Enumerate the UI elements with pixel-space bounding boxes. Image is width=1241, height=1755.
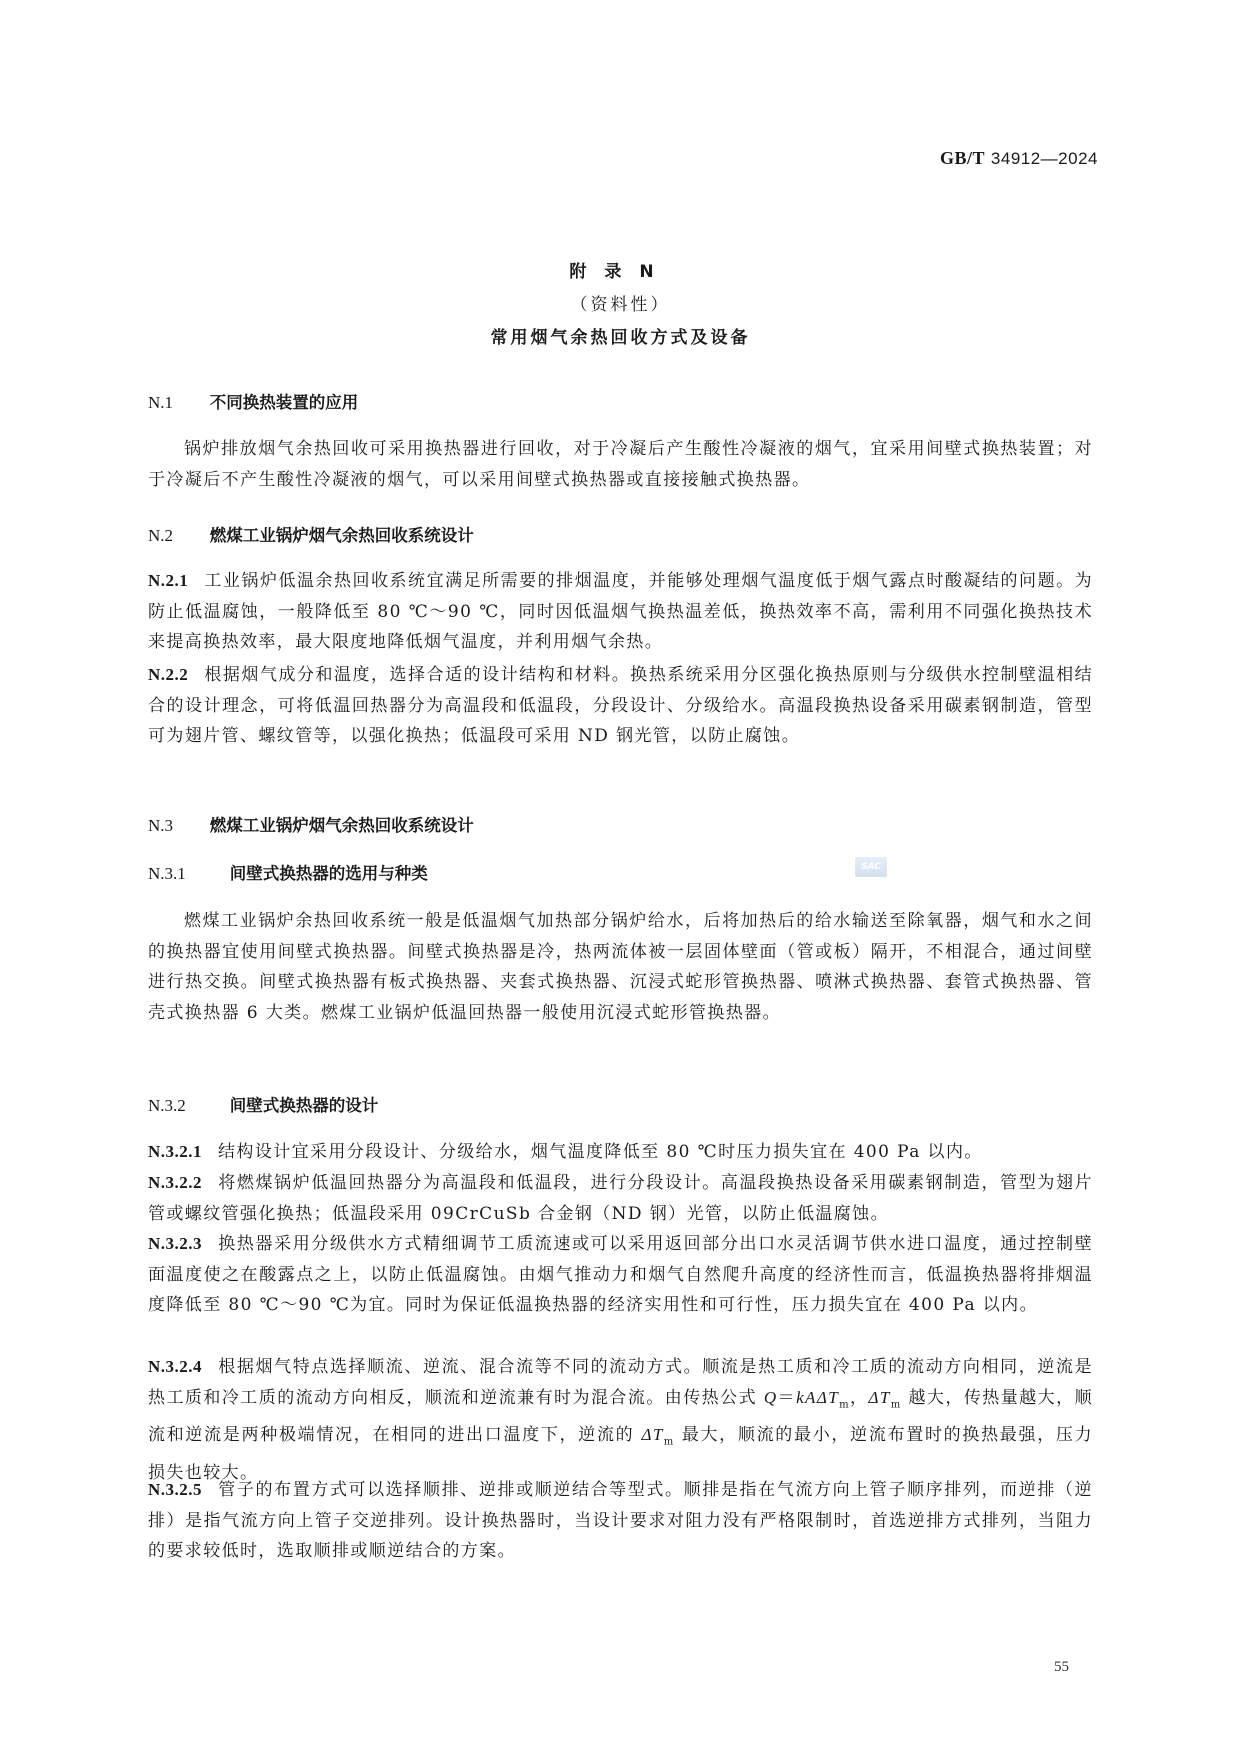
annex-title: 常用烟气余热回收方式及设备 — [0, 323, 1241, 348]
formula-subscript: m — [839, 1399, 850, 1410]
clause-n3-2-2: N.3.2.2将燃煤锅炉低温回热器分为高温段和低温段，进行分段设计。高温段换热设… — [148, 1168, 1093, 1229]
clause-number: N.3.2.5 — [148, 1480, 202, 1499]
section-number: N.3 — [148, 816, 204, 836]
clause-n3-2-4: N.3.2.4根据烟气特点选择顺流、逆流、混合流等不同的流动方式。顺流是热工质和… — [148, 1352, 1093, 1489]
clause-number: N.3.2.4 — [148, 1357, 202, 1376]
section-heading-n3: N.3 燃煤工业锅炉烟气余热回收系统设计 — [148, 812, 474, 836]
formula-rhs: kAΔT — [796, 1388, 839, 1407]
clause-n3-2-3: N.3.2.3换热器采用分级供水方式精细调节工质流速或可以采用返回部分出口水灵活… — [148, 1229, 1093, 1321]
section-title: 燃煤工业锅炉烟气余热回收系统设计 — [210, 526, 474, 545]
standard-number: 34912—2024 — [991, 149, 1098, 168]
clause-text: 根据烟气成分和温度，选择合适的设计结构和材料。换热系统采用分区强化换热原则与分级… — [148, 665, 1093, 746]
subsection-heading-n3-1: N.3.1 间壁式换热器的选用与种类 — [148, 860, 428, 884]
clause-n2-2: N.2.2根据烟气成分和温度，选择合适的设计结构和材料。换热系统采用分区强化换热… — [148, 660, 1093, 752]
annex-kind: （资料性） — [0, 290, 1241, 315]
clause-number: N.3.2.3 — [148, 1234, 202, 1253]
formula-equals: ＝ — [778, 1388, 797, 1408]
clause-text: 工业锅炉低温余热回收系统宜满足所需要的排烟温度，并能够处理烟气温度低于烟气露点时… — [148, 571, 1093, 652]
paragraph-n1: 锅炉排放烟气余热回收可采用换热器进行回收，对于冷凝后产生酸性冷凝液的烟气，宜采用… — [148, 434, 1093, 495]
clause-number: N.2.1 — [148, 571, 188, 590]
sac-watermark-logo: SAC — [855, 857, 887, 877]
clause-text-part: ， — [850, 1388, 869, 1408]
formula-lhs: Q — [764, 1388, 778, 1407]
clause-n3-2-5: N.3.2.5管子的布置方式可以选择顺排、逆排或顺逆结合等型式。顺排是指在气流方… — [148, 1475, 1093, 1567]
standard-code: GB/T 34912—2024 — [940, 148, 1098, 169]
clause-text: 换热器采用分级供水方式精细调节工质流速或可以采用返回部分出口水灵活调节供水进口温… — [148, 1234, 1093, 1315]
subsection-number: N.3.2 — [148, 1096, 224, 1116]
clause-n2-1: N.2.1工业锅炉低温余热回收系统宜满足所需要的排烟温度，并能够处理烟气温度低于… — [148, 566, 1093, 658]
clause-text: 管子的布置方式可以选择顺排、逆排或顺逆结合等型式。顺排是指在气流方向上管子顺序排… — [148, 1480, 1093, 1561]
subsection-title: 间壁式换热器的选用与种类 — [230, 864, 428, 883]
clause-text: 将燃煤锅炉低温回热器分为高温段和低温段，进行分段设计。高温段换热设备采用碳素钢制… — [148, 1173, 1093, 1224]
standard-prefix: GB/T — [940, 148, 985, 168]
section-number: N.1 — [148, 393, 204, 413]
clause-number: N.2.2 — [148, 665, 188, 684]
page-number: 55 — [1054, 1659, 1069, 1676]
paragraph-n3-1: 燃煤工业锅炉余热回收系统一般是低温烟气加热部分锅炉给水，后将加热后的给水输送至除… — [148, 906, 1093, 1028]
section-heading-n2: N.2 燃煤工业锅炉烟气余热回收系统设计 — [148, 522, 474, 546]
section-number: N.2 — [148, 526, 204, 546]
delta-t-symbol: ΔT — [642, 1425, 664, 1444]
section-title: 燃煤工业锅炉烟气余热回收系统设计 — [210, 816, 474, 835]
section-title: 不同换热装置的应用 — [210, 393, 359, 412]
subsection-title: 间壁式换热器的设计 — [230, 1096, 379, 1115]
clause-number: N.3.2.2 — [148, 1173, 202, 1192]
clause-number: N.3.2.1 — [148, 1142, 202, 1161]
clause-n3-2-1: N.3.2.1结构设计宜采用分段设计、分级给水，烟气温度降低至 80 ℃时压力损… — [148, 1137, 1093, 1168]
delta-t-symbol: ΔT — [868, 1388, 890, 1407]
annex-label: 附录N — [0, 257, 1241, 282]
clause-text: 结构设计宜采用分段设计、分级给水，烟气温度降低至 80 ℃时压力损失宜在 400… — [218, 1142, 983, 1162]
subsection-heading-n3-2: N.3.2 间壁式换热器的设计 — [148, 1092, 378, 1116]
delta-t-subscript: m — [891, 1399, 902, 1410]
delta-t-subscript: m — [664, 1437, 675, 1448]
subsection-number: N.3.1 — [148, 864, 224, 884]
section-heading-n1: N.1 不同换热装置的应用 — [148, 389, 358, 413]
